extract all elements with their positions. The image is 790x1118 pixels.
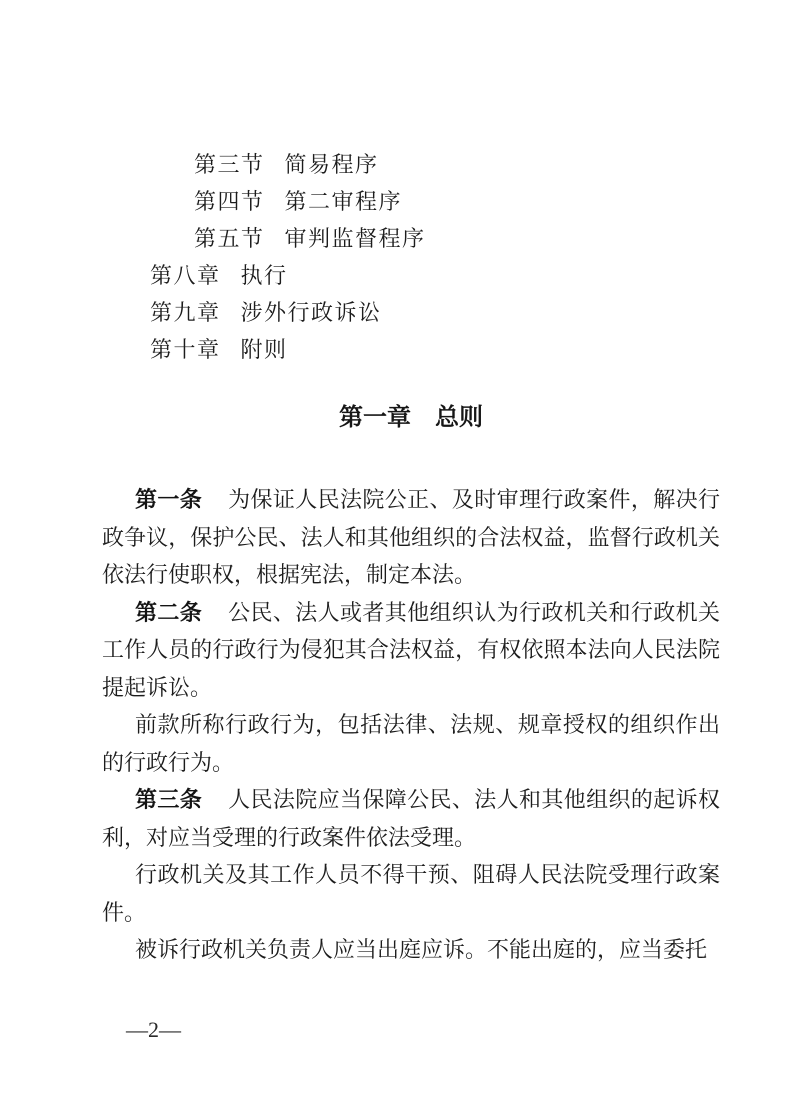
article-number: 第一条 [135,487,202,512]
toc-item: 第五节审判监督程序 [102,220,722,257]
article-paragraph: 第一条为保证人民法院公正、及时审理行政案件，解决行政争议，保护公民、法人和其他组… [102,481,720,594]
toc-item: 第三节简易程序 [102,146,722,183]
document-page: 第三节简易程序 第四节第二审程序 第五节审判监督程序 第八章执行 第九章涉外行政… [0,0,790,1118]
toc-item-label: 第四节 [194,189,265,214]
toc-item-label: 第五节 [194,226,265,251]
toc-item: 第十章附则 [102,331,722,368]
paragraph-text: 前款所称行政行为，包括法律、法规、规章授权的组织作出的行政行为。 [102,712,720,775]
page-number: —2— [126,1016,181,1044]
toc-item-title: 第二审程序 [285,189,403,214]
article-number: 第三条 [135,787,202,812]
chapter-heading: 第一章 总则 [102,396,720,440]
toc-item-title: 涉外行政诉讼 [241,300,382,325]
toc-item-title: 简易程序 [285,152,379,177]
article-paragraph: 前款所称行政行为，包括法律、法规、规章授权的组织作出的行政行为。 [102,706,720,781]
toc-item: 第八章执行 [102,257,722,294]
paragraph-text: 被诉行政机关负责人应当出庭应诉。不能出庭的，应当委托 [135,937,707,962]
toc-item-label: 第九章 [150,300,221,325]
article-number: 第二条 [135,600,202,625]
paragraph-text: 行政机关及其工作人员不得干预、阻碍人民法院受理行政案件。 [102,862,720,925]
article-paragraph: 第三条人民法院应当保障公民、法人和其他组织的起诉权利，对应当受理的行政案件依法受… [102,781,720,856]
article-paragraph: 行政机关及其工作人员不得干预、阻碍人民法院受理行政案件。 [102,856,720,931]
toc-item-title: 附则 [241,337,288,362]
toc-item: 第四节第二审程序 [102,183,722,220]
article-paragraph: 被诉行政机关负责人应当出庭应诉。不能出庭的，应当委托 [102,931,720,969]
table-of-contents: 第三节简易程序 第四节第二审程序 第五节审判监督程序 第八章执行 第九章涉外行政… [102,146,722,368]
article-body: 第一条为保证人民法院公正、及时审理行政案件，解决行政争议，保护公民、法人和其他组… [102,481,720,969]
toc-item-title: 执行 [241,263,288,288]
article-paragraph: 第二条公民、法人或者其他组织认为行政机关和行政机关工作人员的行政行为侵犯其合法权… [102,594,720,707]
toc-item-label: 第八章 [150,263,221,288]
toc-item-label: 第十章 [150,337,221,362]
toc-item: 第九章涉外行政诉讼 [102,294,722,331]
toc-item-title: 审判监督程序 [285,226,426,251]
toc-item-label: 第三节 [194,152,265,177]
